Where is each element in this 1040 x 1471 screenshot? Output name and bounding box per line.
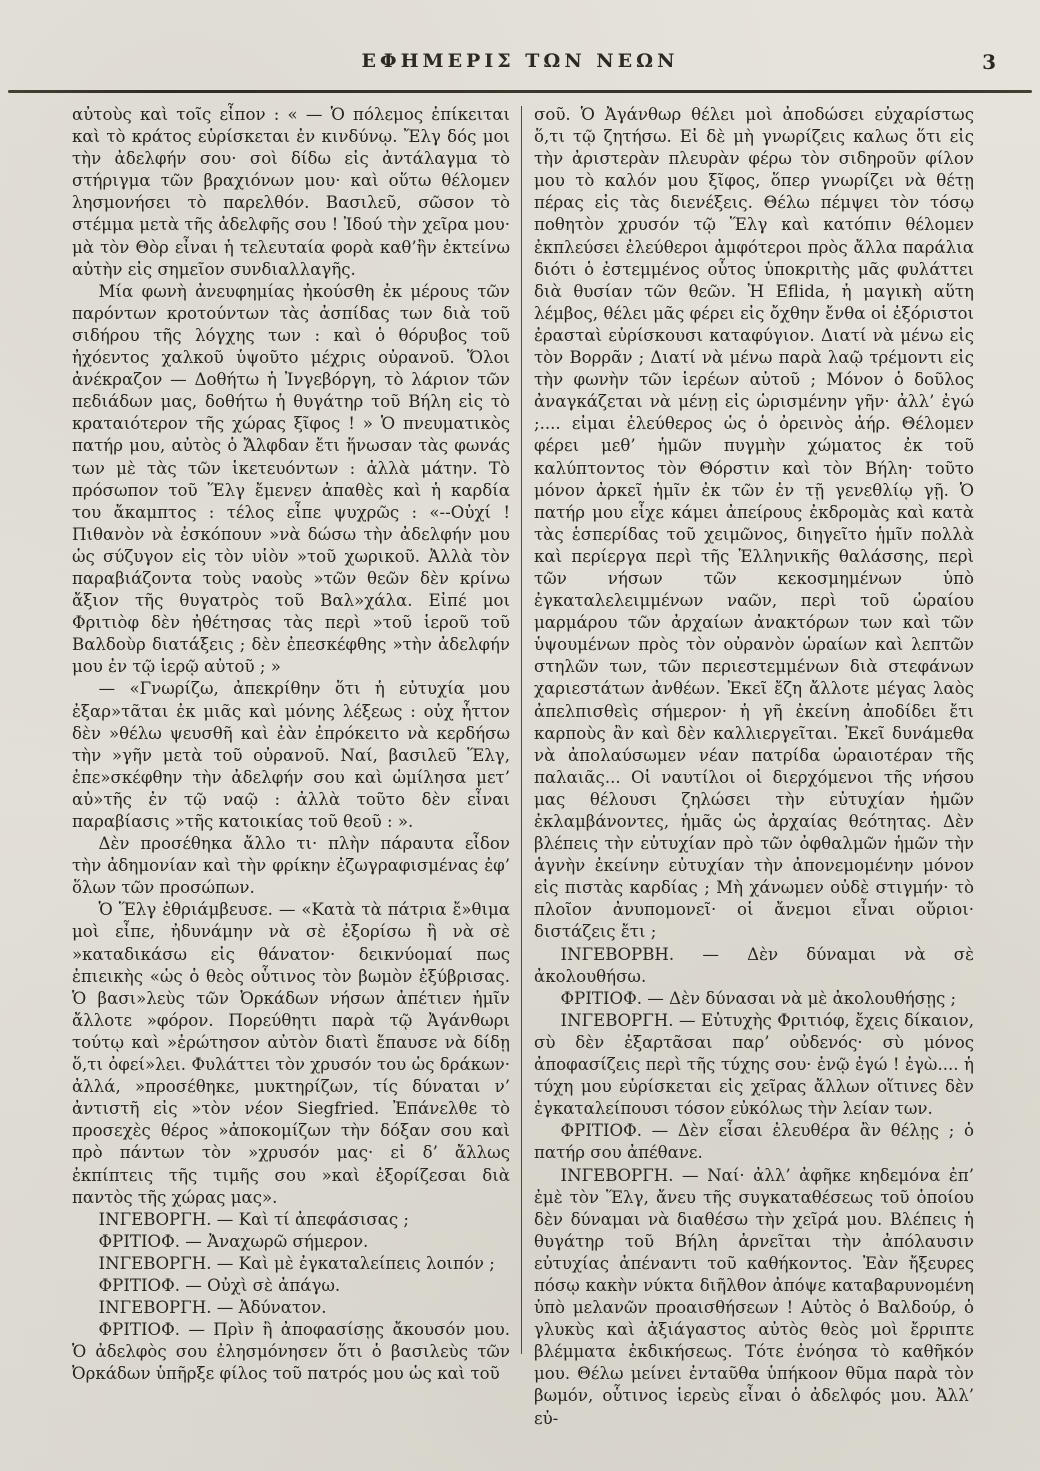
paragraph: ΦΡΙΤΙΟΦ. — Δὲν δύνασαι νὰ μὲ ἀκολουθήσῃς… [534,988,974,1010]
paragraph: ΙΝΓΕΒΟΡΓΗ. — Ἀδύνατον. [72,1297,510,1319]
paragraph: ΙΝΓΕΒΟΡΒΗ. — Δὲν δύναμαι νὰ σὲ ἀκολουθήσ… [534,944,974,988]
paragraph: Μία φωνὴ ἀνευφημίας ἠκούσθη ἐκ μέρους τῶ… [72,281,510,679]
paragraph: ΙΝΓΕΒΟΡΓΗ. — Καὶ τί ἀπεφάσισας ; [72,1209,510,1231]
page-number: 3 [982,50,996,74]
paragraph: ΦΡΙΤΙΟΦ. — Ἀναχωρῶ σήμερον. [72,1231,510,1253]
paragraph: ΙΝΓΕΒΟΡΓΗ. — Εὐτυχὴς Φριτιόφ, ἔχεις δίκα… [534,1010,974,1120]
column-divider-rule [521,106,522,1354]
paragraph: ΙΝΓΕΒΟΡΓΗ. — Καὶ μὲ ἐγκαταλείπεις λοιπόν… [72,1253,510,1275]
right-column: σοῦ. Ὁ Ἀγάνθωρ θέλει μοὶ ἀποδώσει εὐχαρί… [534,104,974,1430]
newspaper-title: ΕΦΗΜΕΡΙΣ ΤΩΝ ΝΕΩΝ [0,50,1040,72]
newspaper-page: ΕΦΗΜΕΡΙΣ ΤΩΝ ΝΕΩΝ 3 αὐτοὺς καὶ τοῖς εἶπο… [0,0,1040,1471]
paragraph: Δὲν προσέθηκα ἄλλο τι· πλὴν πάραυτα εἶδο… [72,833,510,899]
left-column: αὐτοὺς καὶ τοῖς εἶπον : « — Ὁ πόλεμος ἐπ… [72,104,510,1385]
paragraph: ΦΡΙΤΙΟΦ. — Οὐχὶ σὲ ἀπάγω. [72,1275,510,1297]
header-rule [8,90,1032,93]
paragraph: σοῦ. Ὁ Ἀγάνθωρ θέλει μοὶ ἀποδώσει εὐχαρί… [534,104,974,944]
paragraph: — «Γνωρίζω, ἀπεκρίθην ὅτι ἡ εὐτυχία μου … [72,678,510,833]
paragraph: ΙΝΓΕΒΟΡΓΗ. — Ναί· ἀλλ’ ἀφῆκε κηδεμόνα ἐπ… [534,1165,974,1430]
paragraph: Ὁ Ἕλγ ἐθριάμβευσε. — «Κατὰ τὰ πάτρια ἔ»θ… [72,899,510,1208]
paragraph: ΦΡΙΤΙΟΦ. — Πρὶν ἢ ἀποφασίσῃς ἄκουσόν μου… [72,1319,510,1385]
paragraph: αὐτοὺς καὶ τοῖς εἶπον : « — Ὁ πόλεμος ἐπ… [72,104,510,281]
paragraph: ΦΡΙΤΙΟΦ. — Δὲν εἶσαι ἐλευθέρα ἂν θέλῃς ;… [534,1120,974,1164]
